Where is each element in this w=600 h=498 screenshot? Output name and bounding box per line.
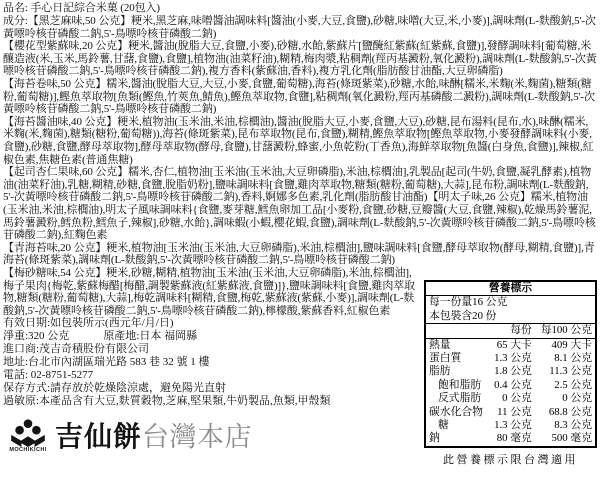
nutrient-row-sodium: 鈉 80 毫克 500 毫克 xyxy=(426,432,595,445)
nutrition-title: 營養標示 xyxy=(426,282,595,296)
net-weight: 淨重:320 公克 xyxy=(3,330,69,342)
serving-size-row: 每一份量16 公克 xyxy=(426,296,595,310)
nutrient-row-saturated-fat: 飽和脂肪 0.4 公克 2.5 公克 xyxy=(426,379,595,392)
nutrient-row-sugar: 糖 1.3 公克 8.3 公克 xyxy=(426,419,595,432)
nutrition-title-row: 營養標示 xyxy=(426,282,595,296)
brand-name-main: 吉仙餅 xyxy=(55,423,142,453)
nutrition-table: 營養標示 每一份量16 公克 本包裝含20 份 每份 每100 公克 熱量 xyxy=(424,280,597,448)
origin: 原產地:日本 福岡縣 xyxy=(103,330,197,342)
servings-per-pack: 本包裝含20 份 xyxy=(426,310,595,324)
nutrient-row-energy: 熱量 65 大卡 409 大卡 xyxy=(426,338,595,352)
nutrient-row-trans-fat: 反式脂肪 0 公克 0 公克 xyxy=(426,392,595,405)
nutrient-row-fat: 脂肪 1.8 公克 11.3 公克 xyxy=(426,365,595,378)
ingredients-section-aonori: 【青海苔味,20 公克】粳米,植物油[玉米油(玉米油,大豆卵磷脂),米油,棕櫚油… xyxy=(3,242,597,267)
brand-name-sub: 台灣本店 xyxy=(142,422,252,452)
ingredients-section-sakura-shiso: 【櫻花型紫蘇味,20 公克】粳米,醬油(脫脂大豆,食鹽,小麥),砂糖,水飴,紫蘇… xyxy=(3,40,597,78)
nutrition-footnote: 此營養標示限台灣適用 xyxy=(424,451,597,467)
product-label-page: 品名: 手心日記綜合米菓 (20包入) 成分:【黑芝麻味,50 公克】粳米,黑芝… xyxy=(0,0,600,498)
ingredients-section-black-sesame: 成分:【黑芝麻味,50 公克】粳米,黑芝麻,味噌醬油調味料[醬油(小麥,大豆,食… xyxy=(3,15,597,40)
nutrient-row-protein: 蛋白質 1.3 公克 8.1 公克 xyxy=(426,352,595,365)
per-100g-header: 每100 公克 xyxy=(535,324,595,338)
brand-name-chinese: 吉仙餅 台灣本店 xyxy=(55,422,252,453)
mochikichi-logo-icon: MOCHIKICHI xyxy=(5,419,51,453)
per-serving-header: 每份 xyxy=(489,324,535,338)
ingredients-section-nori-soy: 【海苔醬油味,40 公克】粳米,植物油(玉米油,米油,棕櫚油),醬油(脫脂大豆,… xyxy=(3,116,597,166)
brand-name-english: MOCHIKICHI xyxy=(5,447,51,453)
nutrition-panel: 營養標示 每一份量16 公克 本包裝含20 份 每份 每100 公克 熱量 xyxy=(424,280,597,467)
ingredients-section-cheese-almond-mentaiko: 【起司杏仁果味,60 公克】糯米,杏仁,植物油[玉米油(玉米油,大豆卵磷脂),米… xyxy=(3,166,597,242)
brand-logo: MOCHIKICHI 吉仙餅 台灣本店 xyxy=(5,419,419,453)
nutrient-row-carbohydrate: 碳水化合物 11 公克 68.8 公克 xyxy=(426,406,595,419)
ingredients-section-nori-roll: 【海苔卷味,50 公克】糯米,醬油(脫脂大豆,大豆,小麥,食鹽,葡萄糖),海苔(… xyxy=(3,78,597,116)
product-name: 品名: 手心日記綜合米菓 (20包入) xyxy=(3,2,597,15)
servings-per-pack-row: 本包裝含20 份 xyxy=(426,310,595,324)
bottom-section: 營養標示 每一份量16 公克 本包裝含20 份 每份 每100 公克 熱量 xyxy=(3,267,597,453)
empty-header-cell xyxy=(426,324,489,338)
nutrition-header-row: 每份 每100 公克 xyxy=(426,324,595,338)
serving-size: 每一份量16 公克 xyxy=(426,296,595,310)
